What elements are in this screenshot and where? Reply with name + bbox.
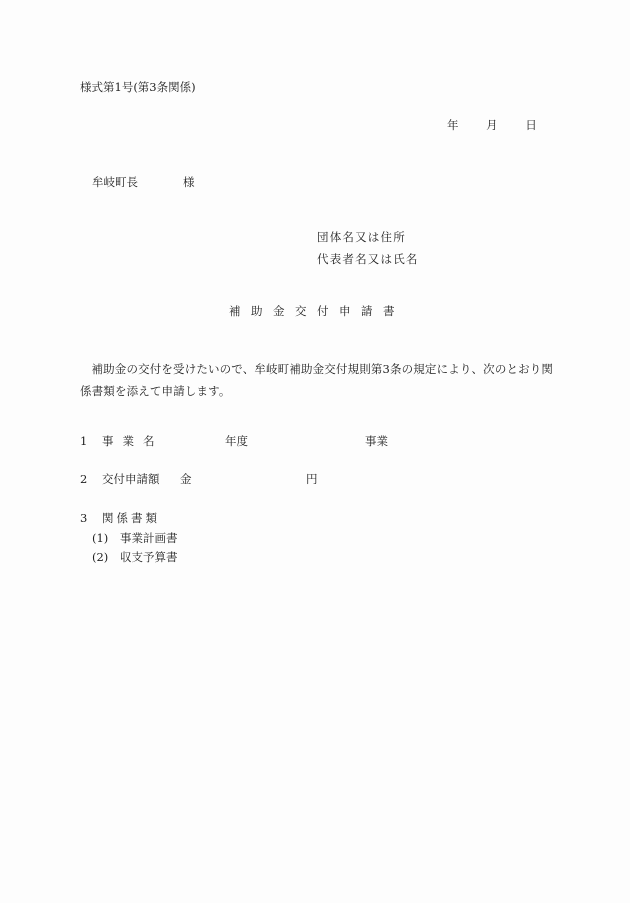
subitem-label: 事業計画書 bbox=[120, 531, 178, 545]
form-number: 様式第1号(第3条関係) bbox=[80, 82, 196, 94]
item-label: 事業名 bbox=[102, 434, 164, 448]
yen-label: 円 bbox=[306, 474, 318, 486]
item-number: 3 bbox=[80, 513, 102, 525]
body-paragraph: 補助金の交付を受けたいので、牟岐町補助金交付規則第3条の規定により、次のとおり関… bbox=[80, 358, 554, 402]
item-project-name: 1事業名 年度 事業 bbox=[80, 436, 164, 448]
subitem-label: 収支予算書 bbox=[120, 550, 178, 564]
applicant-representative-label: 代表者名又は氏名 bbox=[317, 254, 419, 266]
fiscal-year-label: 年度 bbox=[225, 436, 248, 448]
project-suffix-label: 事業 bbox=[365, 436, 388, 448]
item-number: 2 bbox=[80, 474, 102, 486]
item-number: 1 bbox=[80, 436, 102, 448]
subitem-budget: (2)収支予算書 bbox=[92, 552, 178, 564]
addressee-name: 牟岐町長 bbox=[92, 175, 138, 189]
month-label: 月 bbox=[486, 120, 498, 132]
applicant-block: 団体名又は住所 代表者名又は氏名 bbox=[317, 232, 419, 275]
subitem-number: (1) bbox=[92, 533, 120, 545]
item-label: 交付申請額 bbox=[102, 472, 160, 486]
document-title: 補助金交付申請書 bbox=[229, 306, 405, 318]
subitem-business-plan: (1)事業計画書 bbox=[92, 533, 178, 545]
amount-prefix-label: 金 bbox=[180, 474, 192, 486]
year-label: 年 bbox=[447, 120, 459, 132]
date-line: 年 月 日 bbox=[447, 120, 537, 132]
item-application-amount: 2交付申請額 金 円 bbox=[80, 474, 160, 486]
subitem-number: (2) bbox=[92, 552, 120, 564]
applicant-organization-label: 団体名又は住所 bbox=[317, 232, 419, 244]
addressee-honorific: 様 bbox=[183, 175, 195, 189]
addressee: 牟岐町長様 bbox=[92, 177, 195, 189]
item-related-documents: 3関係書類 bbox=[80, 513, 160, 525]
day-label: 日 bbox=[525, 120, 537, 132]
item-label: 関係書類 bbox=[102, 511, 160, 525]
